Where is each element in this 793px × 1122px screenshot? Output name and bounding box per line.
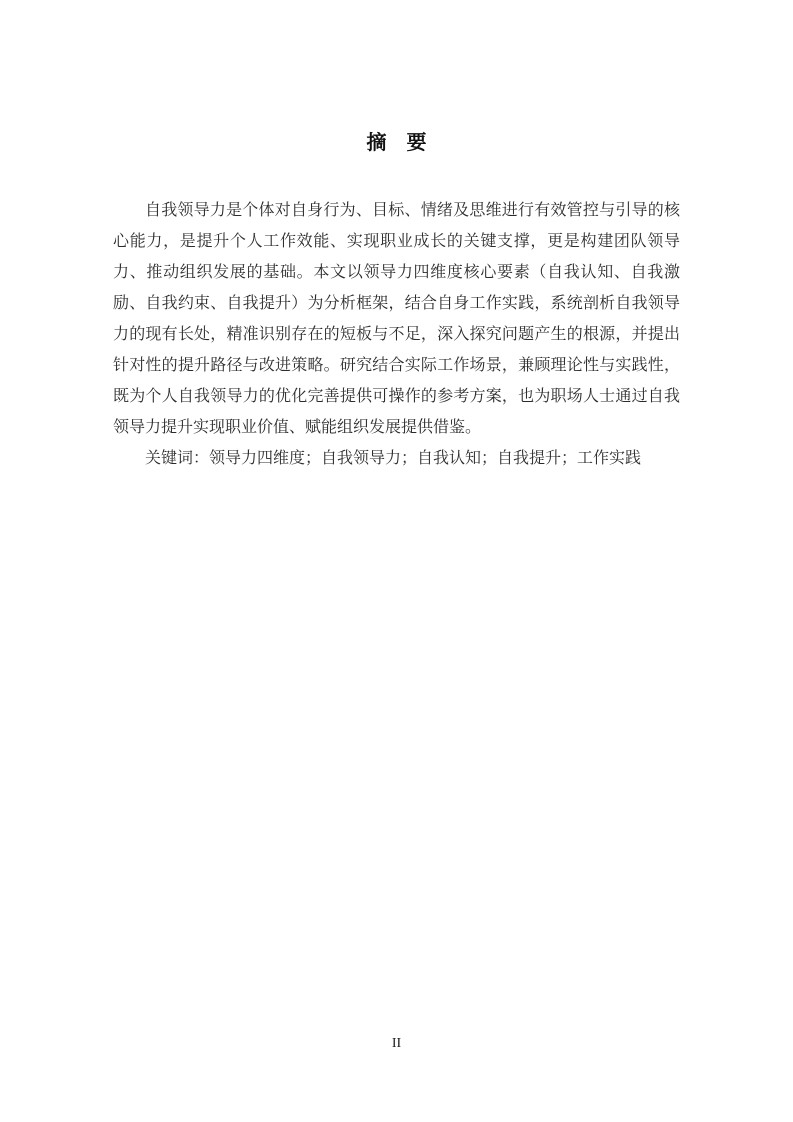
document-page: 摘 要 自我领导力是个体对自身行为、目标、情绪及思维进行有效管控与引导的核心能力… [0, 0, 793, 1122]
keywords-label: 关键词： [145, 450, 209, 467]
keywords-items: 领导力四维度；自我领导力；自我认知；自我提升；工作实践 [209, 450, 641, 467]
abstract-title: 摘 要 [0, 129, 793, 157]
page-number: II [0, 1035, 793, 1053]
abstract-paragraph: 自我领导力是个体对自身行为、目标、情绪及思维进行有效管控与引导的核心能力，是提升… [113, 195, 680, 443]
keywords-line: 关键词：领导力四维度；自我领导力；自我认知；自我提升；工作实践 [113, 443, 680, 474]
abstract-body: 自我领导力是个体对自身行为、目标、情绪及思维进行有效管控与引导的核心能力，是提升… [113, 195, 680, 474]
